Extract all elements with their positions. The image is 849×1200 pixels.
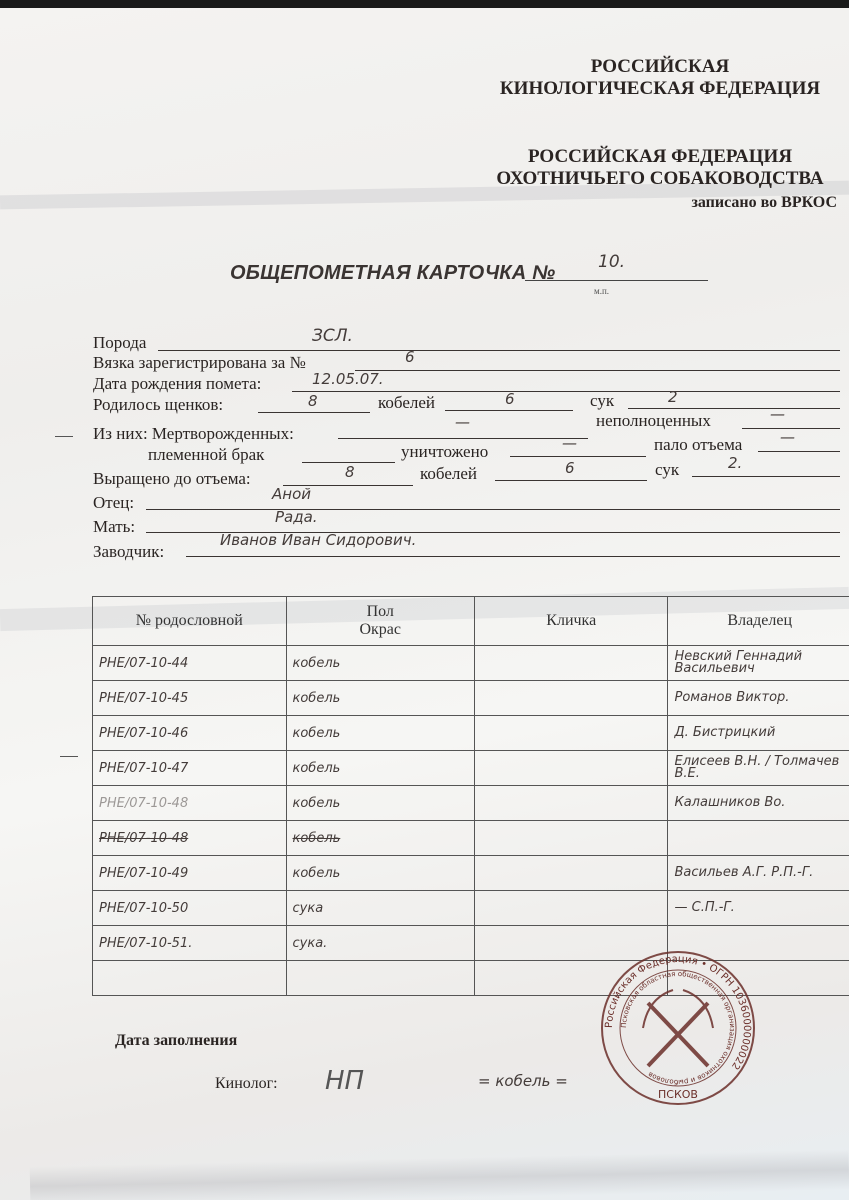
sire-label: Отец: (93, 493, 134, 513)
born-line (258, 412, 370, 413)
sex-color-cell: кобель (286, 751, 474, 786)
name-cell (474, 681, 668, 716)
weaned-males-value: 6 (565, 459, 575, 477)
stillborn-line (338, 438, 588, 439)
table-row: РНЕ/07-10-47кобельЕлисеев В.Н. / Толмаче… (93, 751, 849, 786)
owner-cell: Елисеев В.Н. / Толмачев В.Е. (668, 751, 849, 786)
name-cell (474, 786, 668, 821)
born-males-value: 6 (505, 390, 515, 408)
born-females-value: 2 (668, 388, 678, 406)
paper-fold (30, 1149, 849, 1200)
registered-note: записано во ВРКОС (691, 194, 837, 212)
footer-note: = кобель = (478, 1072, 568, 1090)
header-sex-color: Пол Окрас (286, 597, 474, 646)
sex-color-cell: сука (286, 891, 474, 926)
card-title: ОБЩЕПОМЕТНАЯ КАРТОЧКА № (230, 262, 555, 285)
born-males-label: кобелей (378, 393, 435, 413)
name-cell (474, 716, 668, 751)
table-row: РНЕ/07-10-44кобельНевский Геннадий Васил… (93, 646, 849, 681)
pedigree-cell: РНЕ/07-10-46 (93, 716, 287, 751)
sex-color-cell: кобель (286, 646, 474, 681)
birth-date-line (292, 391, 840, 392)
document-paper: РОССИЙСКАЯ КИНОЛОГИЧЕСКАЯ ФЕДЕРАЦИЯ РОСС… (0, 8, 849, 1200)
sex-color-cell: кобель (286, 786, 474, 821)
breeding-defect-label: племенной брак (148, 445, 264, 465)
pedigree-cell: РНЕ/07-10-48 (93, 821, 287, 856)
pedigree-cell: РНЕ/07-10-44 (93, 646, 287, 681)
table-row: РНЕ/07-10-46кобельД. Бистрицкий (93, 716, 849, 751)
pedigree-cell: РНЕ/07-10-49 (93, 856, 287, 891)
owner-cell: Романов Виктор. (668, 681, 849, 716)
name-cell (474, 821, 668, 856)
destroyed-value: — (562, 434, 577, 452)
margin-mark (60, 756, 78, 757)
svg-text:Псковская областная общественн: Псковская областная общественная организ… (620, 970, 736, 1086)
pedigree-cell: РНЕ/07-10-51. (93, 926, 287, 961)
org-rfos-line2: ОХОТНИЧЬЕГО СОБАКОВОДСТВА (480, 168, 840, 190)
header-sex: Пол (293, 603, 468, 621)
stillborn-value: — (455, 413, 470, 431)
fill-date-label: Дата заполнения (115, 1032, 237, 1050)
breed-line (158, 350, 840, 351)
table-row: РНЕ/07-10-45кобельРоманов Виктор. (93, 681, 849, 716)
weaned-females-label: сук (655, 460, 679, 480)
sex-color-cell: сука. (286, 926, 474, 961)
header-name: Кличка (474, 597, 668, 646)
pedigree-cell: РНЕ/07-10-45 (93, 681, 287, 716)
table-row: РНЕ/07-10-48кобель (93, 821, 849, 856)
owner-cell: Васильев А.Г. Р.П.-Г. (668, 856, 849, 891)
header-color: Окрас (293, 621, 468, 639)
dam-label: Мать: (93, 517, 135, 537)
header-owner: Владелец (668, 597, 849, 646)
birth-date-value: 12.05.07. (312, 370, 384, 388)
sex-color-cell (286, 961, 474, 996)
born-label: Родилось щенков: (93, 395, 223, 415)
birth-date-label: Дата рождения помета: (93, 374, 261, 394)
weaned-females-line (692, 476, 840, 477)
born-females-label: сук (590, 391, 614, 411)
sex-color-cell: кобель (286, 716, 474, 751)
sire-value: Аной (272, 485, 311, 503)
breeder-line (186, 556, 840, 557)
stamp-city: ПСКОВ (658, 1088, 698, 1101)
owner-cell: Д. Бистрицкий (668, 716, 849, 751)
margin-mark (55, 436, 73, 437)
breed-label: Порода (93, 333, 146, 353)
seal-note: м.п. (594, 286, 609, 296)
table-row: РНЕ/07-10-50сука— С.П.-Г. (93, 891, 849, 926)
table-row: РНЕ/07-10-48кобельКалашников Во. (93, 786, 849, 821)
owner-cell: — С.П.-Г. (668, 891, 849, 926)
stamp-inner-text: Псковская областная общественная организ… (620, 970, 736, 1086)
born-value: 8 (308, 392, 318, 410)
org-rfos: РОССИЙСКАЯ ФЕДЕРАЦИЯ ОХОТНИЧЬЕГО СОБАКОВ… (480, 146, 840, 190)
table-row: РНЕ/07-10-49кобельВасильев А.Г. Р.П.-Г. (93, 856, 849, 891)
weaned-males-line (495, 480, 647, 481)
card-number: 10. (598, 252, 625, 272)
sex-color-cell: кобель (286, 681, 474, 716)
destroyed-label: уничтожено (401, 442, 488, 462)
defective-value: — (770, 405, 785, 423)
destroyed-line (510, 456, 646, 457)
pedigree-cell: РНЕ/07-10-47 (93, 751, 287, 786)
defective-label: неполноценных (596, 411, 711, 431)
table-header-row: № родословной Пол Окрас Кличка Владелец (93, 597, 849, 646)
sire-line (146, 509, 840, 510)
org-rkf: РОССИЙСКАЯ КИНОЛОГИЧЕСКАЯ ФЕДЕРАЦИЯ (480, 56, 840, 100)
weaned-value: 8 (345, 463, 355, 481)
org-rfos-line1: РОССИЙСКАЯ ФЕДЕРАЦИЯ (480, 146, 840, 168)
sex-color-cell: кобель (286, 821, 474, 856)
header-pedigree: № родословной (93, 597, 287, 646)
name-cell (474, 891, 668, 926)
born-males-line (445, 410, 573, 411)
org-rkf-line1: РОССИЙСКАЯ (480, 56, 840, 78)
pedigree-cell: РНЕ/07-10-48 (93, 786, 287, 821)
born-females-line (628, 408, 840, 409)
pedigree-cell: РНЕ/07-10-50 (93, 891, 287, 926)
owner-cell: Калашников Во. (668, 786, 849, 821)
breeder-label: Заводчик: (93, 542, 164, 562)
died-before-weaning-label: пало отъема (654, 435, 742, 455)
title-underline (525, 280, 708, 281)
puppies-table: № родословной Пол Окрас Кличка Владелец … (92, 596, 849, 996)
name-cell (474, 646, 668, 681)
breeder-value: Иванов Иван Сидорович. (220, 531, 416, 549)
dam-value: Рада. (275, 508, 318, 526)
cynologist-signature: НП (325, 1066, 364, 1096)
name-cell (474, 856, 668, 891)
breed-value: ЗСЛ. (312, 326, 353, 346)
cynologist-label: Кинолог: (215, 1075, 278, 1093)
mating-label: Вязка зарегистрирована за № (93, 353, 306, 373)
org-rkf-line2: КИНОЛОГИЧЕСКАЯ ФЕДЕРАЦИЯ (480, 78, 840, 100)
owner-cell: Невский Геннадий Васильевич (668, 646, 849, 681)
official-stamp: Российская Федерация • ОГРН 103600000002… (598, 948, 758, 1108)
owner-cell (668, 821, 849, 856)
mating-line (355, 370, 840, 371)
name-cell (474, 751, 668, 786)
stillborn-label: Из них: Мертворожденных: (93, 424, 294, 444)
weaned-label: Выращено до отъема: (93, 469, 251, 489)
died-value: — (780, 428, 795, 446)
sex-color-cell: кобель (286, 856, 474, 891)
pedigree-cell (93, 961, 287, 996)
weaned-females-value: 2. (728, 454, 742, 472)
died-line (758, 451, 840, 452)
mating-value: 6 (405, 348, 415, 366)
weaned-males-label: кобелей (420, 464, 477, 484)
